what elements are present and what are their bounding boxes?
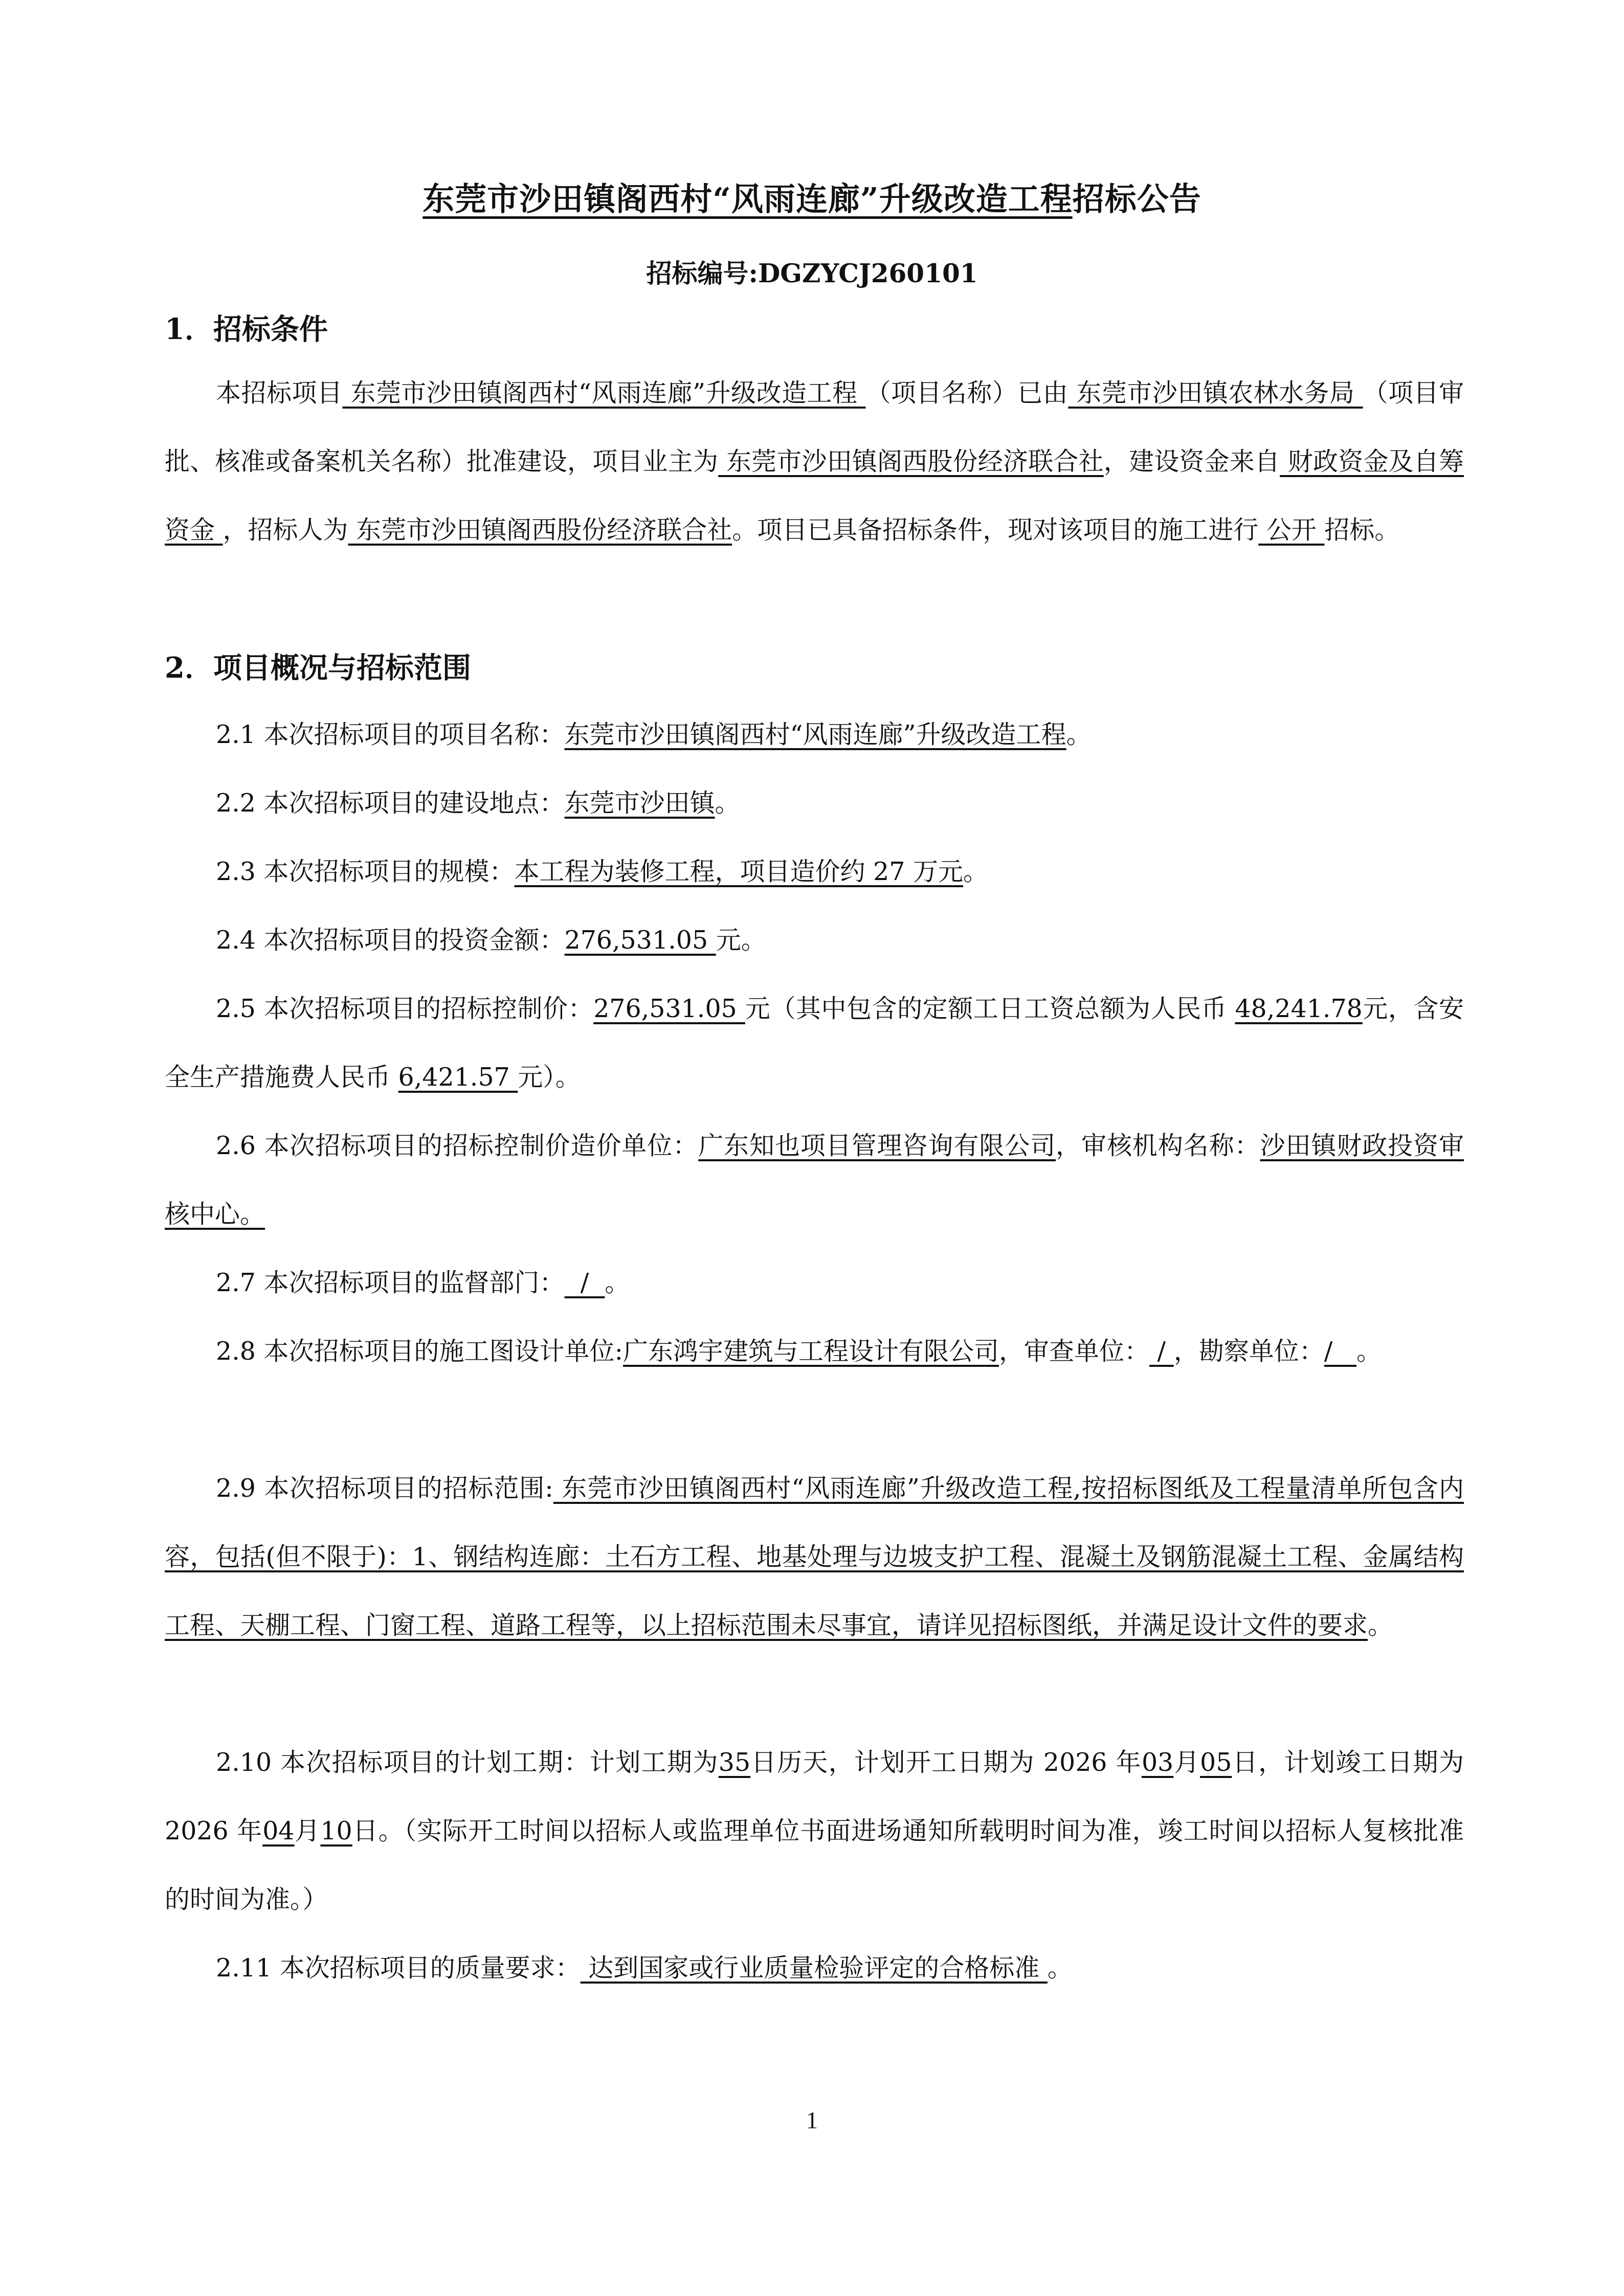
item-2-3: 2.3 本次招标项目的规模：本工程为装修工程，项目造价约 27 万元。 [165,838,1464,906]
document-page: 东莞市沙田镇阁西村“风雨连廊”升级改造工程招标公告 招标编号:DGZYCJ260… [0,0,1624,2296]
item-2-2: 2.2 本次招标项目的建设地点：东莞市沙田镇。 [165,769,1464,838]
item-2-10: 2.10 本次招标项目的计划工期：计划工期为35日历天，计划开工日期为 2026… [165,1728,1464,1934]
item-2-4: 2.4 本次招标项目的投资金额：276,531.05 元。 [165,906,1464,975]
title-suffix: 招标公告 [1073,181,1202,218]
page-number: 1 [0,2107,1624,2134]
bid-number: 招标编号:DGZYCJ260101 [0,253,1624,290]
title-project-name: 东莞市沙田镇阁西村“风雨连廊”升级改造工程 [422,181,1072,218]
item-2-9: 2.9 本次招标项目的招标范围: 东莞市沙田镇阁西村“风雨连廊”升级改造工程,按… [165,1454,1464,1660]
section-heading-2: 2．项目概况与招标范围 [165,645,471,686]
section-heading-1: 1．招标条件 [165,307,328,348]
bid-number-value: DGZYCJ260101 [758,258,978,288]
page-title: 东莞市沙田镇阁西村“风雨连廊”升级改造工程招标公告 [0,174,1624,219]
paragraph-bid-conditions: 本招标项目 东莞市沙田镇阁西村“风雨连廊”升级改造工程 （项目名称）已由 东莞市… [165,359,1464,565]
item-2-1: 2.1 本次招标项目的项目名称：东莞市沙田镇阁西村“风雨连廊”升级改造工程。 [165,701,1464,769]
item-2-6: 2.6 本次招标项目的招标控制价造价单位：广东知也项目管理咨询有限公司，审核机构… [165,1112,1464,1249]
item-2-11: 2.11 本次招标项目的质量要求： 达到国家或行业质量检验评定的合格标准 。 [165,1934,1464,2002]
item-2-5: 2.5 本次招标项目的招标控制价：276,531.05 元（其中包含的定额工日工… [165,975,1464,1112]
item-2-8: 2.8 本次招标项目的施工图设计单位:广东鸿宇建筑与工程设计有限公司，审查单位：… [165,1317,1464,1386]
item-2-7: 2.7 本次招标项目的监督部门： / 。 [165,1249,1464,1317]
